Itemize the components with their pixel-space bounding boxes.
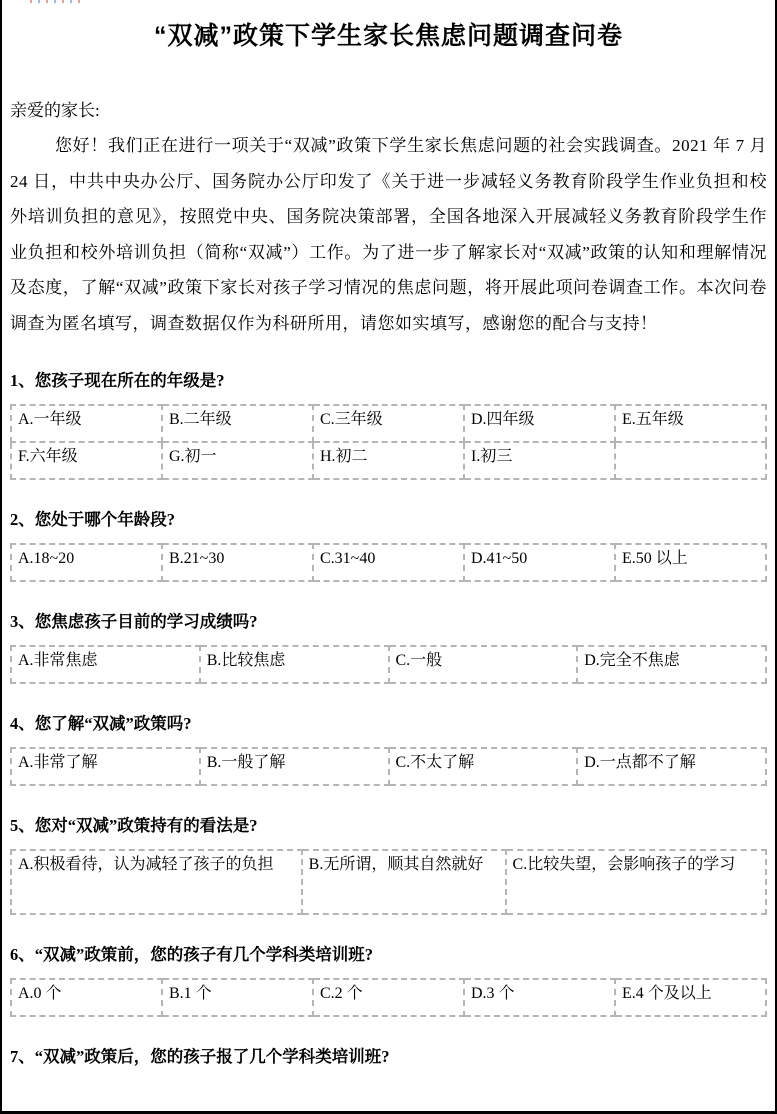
option-cell: C.比较失望，会影响孩子的学习 [506,850,766,914]
option-cell: C.不太了解 [389,748,578,785]
option-cell: B.1 个 [162,979,313,1016]
page-title: “双减”政策下学生家长焦虑问题调查问卷 [10,20,767,52]
question-6-heading: 6、“双减”政策前，您的孩子有几个学科类培训班? [10,944,767,965]
question-2-options-table: A.18~20 B.21~30 C.31~40 D.41~50 E.50 以上 [10,543,767,582]
option-cell: C.三年级 [313,405,464,442]
option-cell: B.一般了解 [200,748,389,785]
question-2-heading: 2、您处于哪个年龄段? [10,509,767,530]
question-6-options-table: A.0 个 B.1 个 C.2 个 D.3 个 E.4 个及以上 [10,978,767,1017]
question-3-options-table: A.非常焦虑 B.比较焦虑 C.一般 D.完全不焦虑 [10,645,767,684]
option-cell: A.一年级 [11,405,162,442]
question-3-heading: 3、您焦虑孩子目前的学习成绩吗? [10,611,767,632]
option-cell: G.初一 [162,442,313,479]
clipped-text-artifact [30,0,82,3]
question-5: 5、您对“双减”政策持有的看法是? A.积极看待，认为减轻了孩子的负担 B.无所… [10,815,767,915]
question-1-heading: 1、您孩子现在所在的年级是? [10,370,767,391]
option-cell: B.比较焦虑 [200,646,389,683]
question-5-heading: 5、您对“双减”政策持有的看法是? [10,815,767,836]
questionnaire-document: { "title": "“双减”政策下学生家长焦虑问题调查问卷", "intro… [0,0,777,1114]
option-cell [615,442,766,479]
option-cell: E.50 以上 [615,544,766,581]
question-4-options-table: A.非常了解 B.一般了解 C.不太了解 D.一点都不了解 [10,747,767,786]
question-5-options-table: A.积极看待，认为减轻了孩子的负担 B.无所谓，顺其自然就好 C.比较失望，会影… [10,849,767,915]
question-7-heading: 7、“双减”政策后，您的孩子报了几个学科类培训班? [10,1046,767,1067]
option-cell: H.初二 [313,442,464,479]
table-row: A.非常了解 B.一般了解 C.不太了解 D.一点都不了解 [11,748,766,785]
option-cell: A.18~20 [11,544,162,581]
option-cell: D.一点都不了解 [577,748,766,785]
option-cell: D.3 个 [464,979,615,1016]
option-cell: F.六年级 [11,442,162,479]
option-cell: A.积极看待，认为减轻了孩子的负担 [11,850,302,914]
question-4: 4、您了解“双减”政策吗? A.非常了解 B.一般了解 C.不太了解 D.一点都… [10,713,767,786]
option-cell: C.31~40 [313,544,464,581]
option-cell: D.完全不焦虑 [577,646,766,683]
question-1: 1、您孩子现在所在的年级是? A.一年级 B.二年级 C.三年级 D.四年级 E… [10,370,767,480]
option-cell: I.初三 [464,442,615,479]
option-cell: A.非常了解 [11,748,200,785]
option-cell: B.二年级 [162,405,313,442]
option-cell: B.21~30 [162,544,313,581]
table-row: A.积极看待，认为减轻了孩子的负担 B.无所谓，顺其自然就好 C.比较失望，会影… [11,850,766,914]
option-cell: C.2 个 [313,979,464,1016]
question-3: 3、您焦虑孩子目前的学习成绩吗? A.非常焦虑 B.比较焦虑 C.一般 D.完全… [10,611,767,684]
question-1-options-table: A.一年级 B.二年级 C.三年级 D.四年级 E.五年级 F.六年级 G.初一… [10,404,767,480]
option-cell: A.非常焦虑 [11,646,200,683]
table-row: A.0 个 B.1 个 C.2 个 D.3 个 E.4 个及以上 [11,979,766,1016]
question-7: 7、“双减”政策后，您的孩子报了几个学科类培训班? [10,1046,767,1067]
option-cell: A.0 个 [11,979,162,1016]
option-cell: B.无所谓，顺其自然就好 [302,850,506,914]
table-row: A.18~20 B.21~30 C.31~40 D.41~50 E.50 以上 [11,544,766,581]
table-row: A.一年级 B.二年级 C.三年级 D.四年级 E.五年级 [11,405,766,442]
question-6: 6、“双减”政策前，您的孩子有几个学科类培训班? A.0 个 B.1 个 C.2… [10,944,767,1017]
salutation: 亲爱的家长: [10,94,767,128]
option-cell: D.四年级 [464,405,615,442]
table-row: F.六年级 G.初一 H.初二 I.初三 [11,442,766,479]
question-2: 2、您处于哪个年龄段? A.18~20 B.21~30 C.31~40 D.41… [10,509,767,582]
option-cell: D.41~50 [464,544,615,581]
option-cell: C.一般 [389,646,578,683]
question-4-heading: 4、您了解“双减”政策吗? [10,713,767,734]
option-cell: E.五年级 [615,405,766,442]
table-row: A.非常焦虑 B.比较焦虑 C.一般 D.完全不焦虑 [11,646,766,683]
intro-paragraph: 您好！我们正在进行一项关于“双减”政策下学生家长焦虑问题的社会实践调查。2021… [10,128,767,341]
option-cell: E.4 个及以上 [615,979,766,1016]
